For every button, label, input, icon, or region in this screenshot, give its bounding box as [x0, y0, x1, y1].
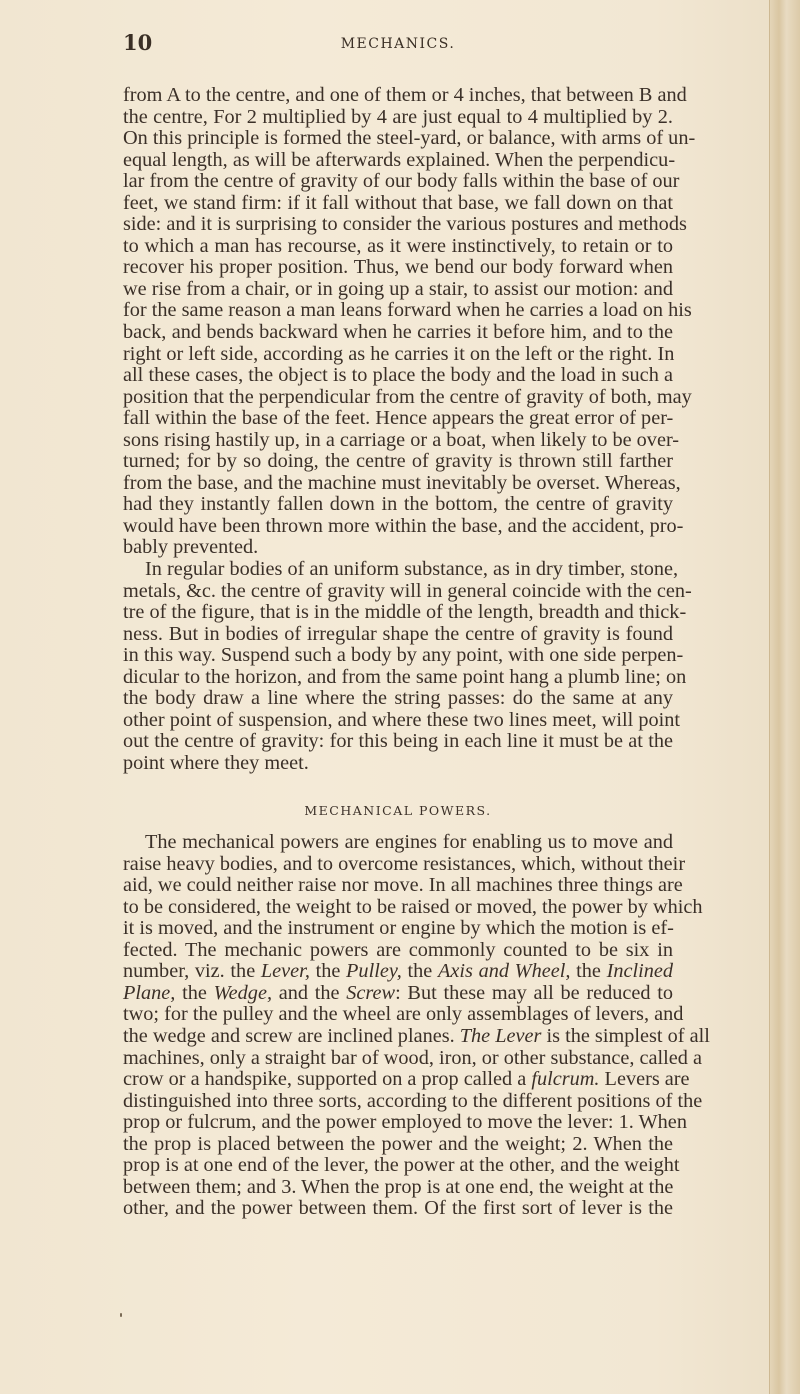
text-line: Plane, the Wedge, and the Screw: But the… — [123, 983, 673, 1005]
text-line: In regular bodies of an uniform substanc… — [123, 559, 673, 581]
text-line: from the base, and the machine must inev… — [123, 473, 673, 495]
text-line: equal length, as will be afterwards expl… — [123, 150, 673, 172]
text-line: position that the perpendicular from the… — [123, 387, 673, 409]
italic-term-axis-and-wheel: Axis and Wheel, — [438, 960, 570, 982]
text-line: point where they meet. — [123, 753, 673, 775]
text-line: raise heavy bodies, and to overcome resi… — [123, 854, 673, 876]
section-heading: MECHANICAL POWERS. — [123, 796, 673, 822]
text-line: machines, only a straight bar of wood, i… — [123, 1048, 673, 1070]
text-line: had they instantly fallen down in the bo… — [123, 494, 673, 516]
running-title: MECHANICS. — [123, 36, 673, 52]
text-line: fall within the base of the feet. Hence … — [123, 408, 673, 430]
text-line: tre of the figure, that is in the middle… — [123, 602, 673, 624]
italic-term-plane: Plane, — [123, 982, 175, 1004]
text-run: the — [310, 960, 346, 982]
text-line: metals, &c. the centre of gravity will i… — [123, 581, 673, 603]
text-line: sons rising hastily up, in a carriage or… — [123, 430, 673, 452]
text-line: feet, we stand firm: if it fall without … — [123, 193, 673, 215]
text-run: number, viz. the — [123, 960, 261, 982]
italic-term-the-lever: The Lever — [460, 1025, 542, 1047]
text-line: recover his proper position. Thus, we be… — [123, 257, 673, 279]
text-line: in this way. Suspend such a body by any … — [123, 645, 673, 667]
text-run: the — [570, 960, 606, 982]
italic-term-inclined: Inclined — [607, 960, 673, 982]
text-line: all these cases, the object is to place … — [123, 365, 673, 387]
text-run: is the simplest of all — [541, 1025, 709, 1047]
text-line: ness. But in bodies of irregular shape t… — [123, 624, 673, 646]
text-line: fected. The mechanic powers are commonly… — [123, 940, 673, 962]
text-line: The mechanical powers are engines for en… — [123, 832, 673, 854]
text-run: Levers are — [599, 1068, 689, 1090]
text-line: lar from the centre of gravity of our bo… — [123, 171, 673, 193]
page-edge — [769, 0, 800, 1394]
paper-speck — [120, 1313, 122, 1317]
text-line: prop or fulcrum, and the power employed … — [123, 1112, 673, 1134]
text-line: for the same reason a man leans forward … — [123, 300, 673, 322]
page-body: from A to the centre, and one of them or… — [123, 85, 673, 1220]
text-line: other, and the power between them. Of th… — [123, 1198, 673, 1220]
text-line: to be considered, the weight to be raise… — [123, 897, 673, 919]
text-line: side: and it is surprising to consider t… — [123, 214, 673, 236]
text-line: prop is at one end of the lever, the pow… — [123, 1155, 673, 1177]
text-line: number, viz. the Lever, the Pulley, the … — [123, 961, 673, 983]
text-line: turned; for by so doing, the centre of g… — [123, 451, 673, 473]
text-line: between them; and 3. When the prop is at… — [123, 1177, 673, 1199]
text-line: bably prevented. — [123, 537, 673, 559]
italic-term-fulcrum: fulcrum. — [531, 1068, 599, 1090]
text-line: crow or a handspike, supported on a prop… — [123, 1069, 673, 1091]
page-header: 10 MECHANICS. — [123, 30, 673, 60]
text-line: the centre, For 2 multiplied by 4 are ju… — [123, 107, 673, 129]
italic-term-lever: Lever, — [261, 960, 310, 982]
text-run: crow or a handspike, supported on a prop… — [123, 1068, 531, 1090]
text-line: it is moved, and the instrument or engin… — [123, 918, 673, 940]
text-run: and the — [272, 982, 346, 1004]
text-line: distinguished into three sorts, accordin… — [123, 1091, 673, 1113]
text-line: from A to the centre, and one of them or… — [123, 85, 673, 107]
text-line: On this principle is formed the steel-ya… — [123, 128, 673, 150]
text-line: other point of suspension, and where the… — [123, 710, 673, 732]
text-line: out the centre of gravity: for this bein… — [123, 731, 673, 753]
italic-term-screw: Screw — [346, 982, 395, 1004]
book-page: 10 MECHANICS. from A to the centre, and … — [0, 0, 770, 1394]
text-line: dicular to the horizon, and from the sam… — [123, 667, 673, 689]
text-line: the body draw a line where the string pa… — [123, 688, 673, 710]
text-line: right or left side, according as he carr… — [123, 344, 673, 366]
text-line: would have been thrown more within the b… — [123, 516, 673, 538]
text-line: the wedge and screw are inclined planes.… — [123, 1026, 673, 1048]
text-line: two; for the pulley and the wheel are on… — [123, 1004, 673, 1026]
text-line: back, and bends backward when he carries… — [123, 322, 673, 344]
text-line: the prop is placed between the power and… — [123, 1134, 673, 1156]
text-run: the — [402, 960, 438, 982]
text-run: the wedge and screw are inclined planes. — [123, 1025, 460, 1047]
text-line: aid, we could neither raise nor move. In… — [123, 875, 673, 897]
italic-term-wedge: Wedge, — [214, 982, 272, 1004]
text-run: : But these may all be reduced to — [395, 982, 673, 1004]
text-run: the — [175, 982, 213, 1004]
text-line: we rise from a chair, or in going up a s… — [123, 279, 673, 301]
italic-term-pulley: Pulley, — [346, 960, 402, 982]
text-line: to which a man has recourse, as it were … — [123, 236, 673, 258]
